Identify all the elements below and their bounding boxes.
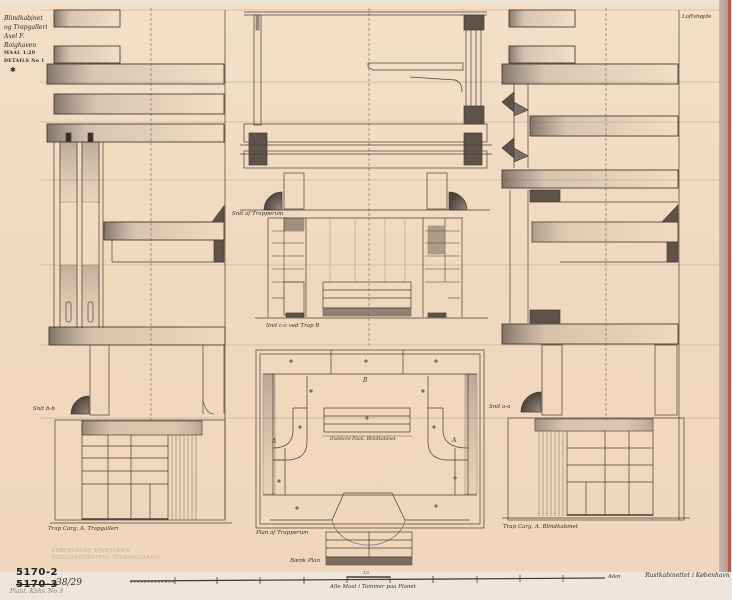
scale-text: MAAL 1:20 — [4, 50, 58, 58]
handwritten-inventory: 38/29 — [56, 578, 82, 588]
plan-letter-b: B — [363, 377, 367, 384]
archive-stamp: KØBENHAVNS STADSARKIV STADSARKITEKTENS T… — [52, 548, 160, 562]
left-elevation — [50, 420, 232, 523]
pencil-note: Plant. Kbhv. No 3 — [10, 588, 63, 595]
star-mark-icon: ✱ — [4, 66, 58, 75]
label-section-top-center: Snit af Trapperum — [232, 211, 283, 217]
label-bench: Bænk Plan — [290, 558, 320, 564]
note-loftshojde: Loftshøjde — [682, 14, 711, 20]
scale-end-label: Alen — [608, 574, 621, 580]
title-block: Blindkabinet og Trapgalleri Axel F. Roig… — [4, 14, 58, 75]
plan-letter-a-left: A — [272, 438, 276, 445]
stamp-line-2: STADSARKITEKTENS TEGNINGSARKIV — [52, 555, 160, 562]
sheet-number: DETAILS No 1 — [4, 58, 58, 66]
label-plan-bench: Diskbord Planl. Blindkabinet — [330, 437, 396, 442]
center-section — [240, 12, 492, 218]
label-elevation-right: Trap Carg. A. Blindkabinet — [503, 524, 578, 530]
label-section-center: Snit c-c ved Trap B — [266, 323, 319, 329]
architectural-drawing — [0, 0, 732, 600]
label-section-right: Snit a-a — [489, 404, 510, 410]
right-elevation — [502, 418, 690, 520]
signature: Rustkabinettet i København — [645, 572, 730, 579]
plan-letter-a-right: A — [452, 437, 456, 444]
title-line-3: Axel F. Roighaven — [4, 32, 58, 50]
inventory-number-1: 5170-2 — [16, 567, 58, 578]
stamp-line-1: KØBENHAVNS STADSARKIV — [52, 548, 160, 555]
scale-bar — [130, 575, 605, 584]
title-line-2: og Trapgalleri — [4, 23, 58, 32]
label-section-left: Snit b-b — [33, 406, 55, 412]
center-elevation — [255, 218, 488, 318]
label-elevation-left: Trap Carg. A. Trapgalleri — [48, 526, 119, 532]
title-line-1: Blindkabinet — [4, 14, 58, 23]
scale-center-mark: 1/2 — [363, 570, 369, 575]
label-plan-center: Plan af Trapperum — [256, 530, 308, 536]
scale-caption: Alle Maal i Tommer paa Planet — [330, 584, 416, 590]
